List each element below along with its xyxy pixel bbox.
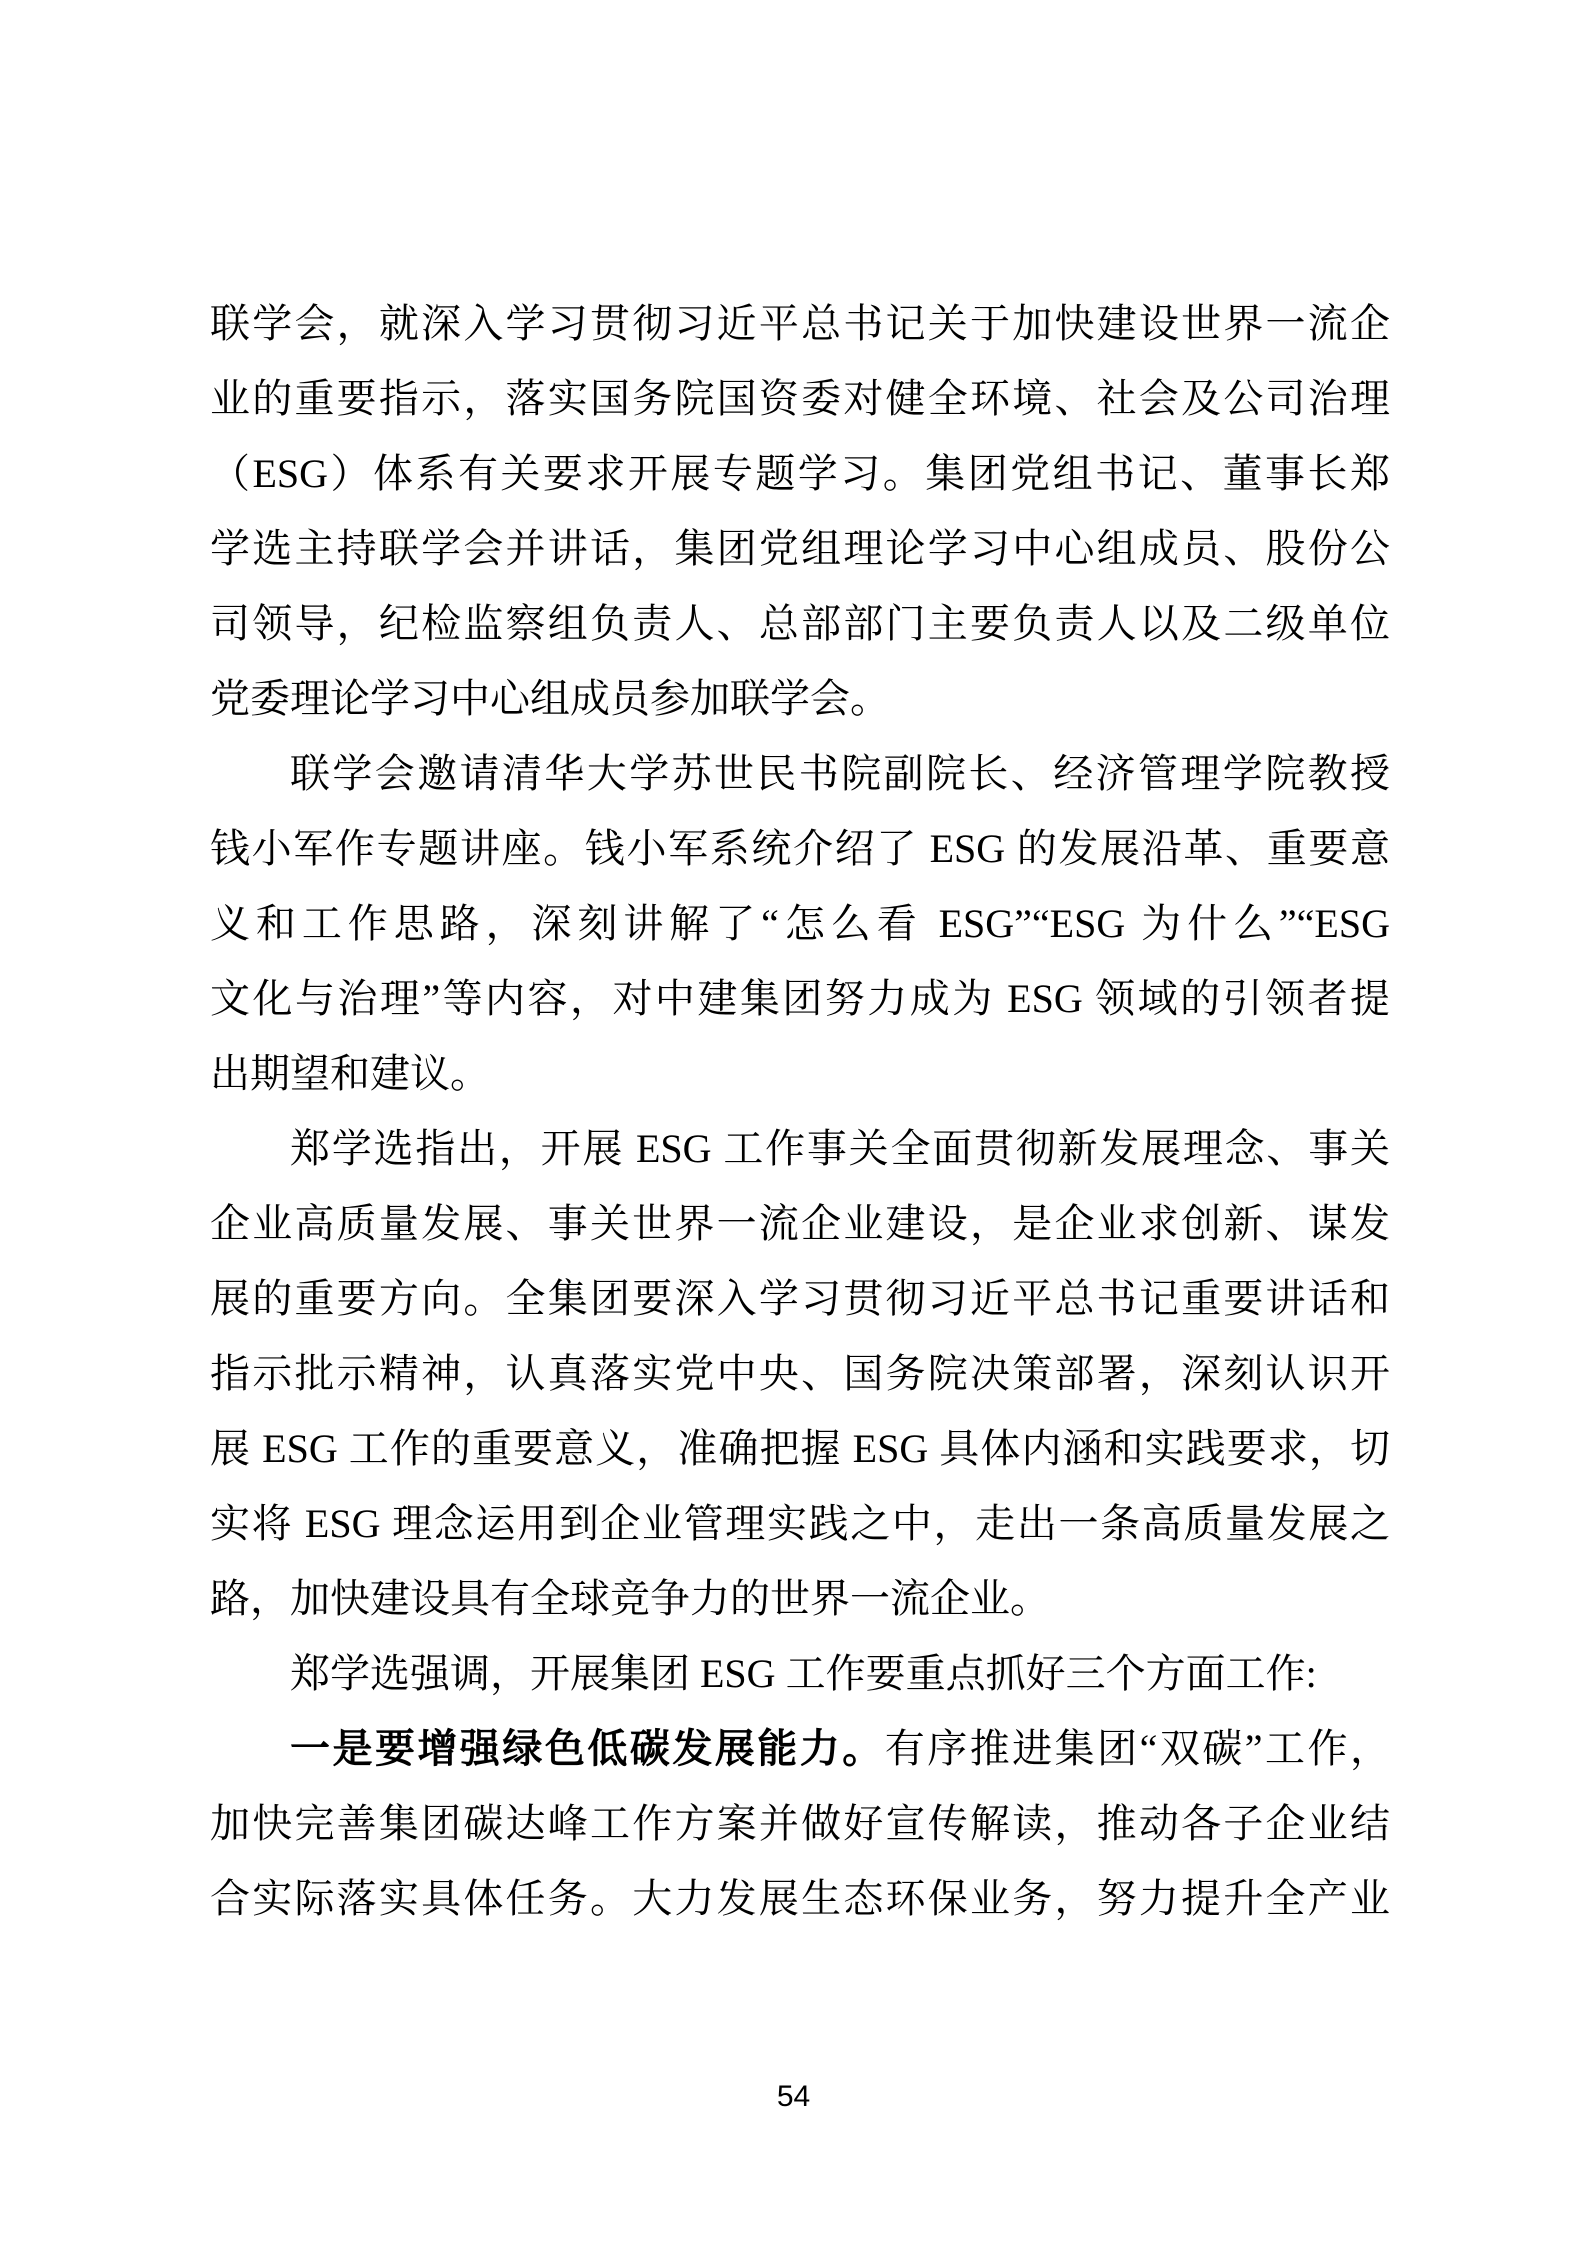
text-line: 郑学选指出，开展 ESG 工作事关全面贯彻新发展理念、事关	[210, 1111, 1390, 1186]
text-line: 实将 ESG 理念运用到企业管理实践之中，走出一条高质量发展之	[210, 1486, 1390, 1561]
text-run: 实将 ESG 理念运用到企业管理实践之中，走出一条高质量发展之	[210, 1501, 1390, 1546]
text-run: 钱小军作专题讲座。钱小军系统介绍了 ESG 的发展沿革、重要意	[210, 826, 1390, 871]
text-run: 业的重要指示，落实国务院国资委对健全环境、社会及公司治理	[210, 376, 1390, 421]
text-run: 文化与治理”等内容，对中建集团努力成为 ESG 领域的引领者提	[210, 976, 1390, 1021]
text-line: 钱小军作专题讲座。钱小军系统介绍了 ESG 的发展沿革、重要意	[210, 811, 1390, 886]
text-run: 郑学选强调，开展集团 ESG 工作要重点抓好三个方面工作:	[290, 1651, 1317, 1696]
text-line: 展 ESG 工作的重要意义，准确把握 ESG 具体内涵和实践要求，切	[210, 1411, 1390, 1486]
text-run: 联学会，就深入学习贯彻习近平总书记关于加快建设世界一流企	[210, 301, 1390, 346]
text-line: 党委理论学习中心组成员参加联学会。	[210, 661, 1390, 736]
text-run: 加快完善集团碳达峰工作方案并做好宣传解读，推动各子企业结	[210, 1801, 1390, 1846]
text-run: 企业高质量发展、事关世界一流企业建设，是企业求创新、谋发	[210, 1201, 1390, 1246]
bold-text-run: 一是要增强绿色低碳发展能力。	[290, 1726, 885, 1771]
text-line: 路，加快建设具有全球竞争力的世界一流企业。	[210, 1561, 1390, 1636]
text-run: 义和工作思路，深刻讲解了“怎么看 ESG”“ESG 为什么”“ESG	[210, 901, 1390, 946]
text-run: （ESG）体系有关要求开展专题学习。集团党组书记、董事长郑	[210, 451, 1390, 496]
text-run: 出期望和建议。	[210, 1051, 490, 1096]
text-line: 司领导，纪检监察组负责人、总部部门主要负责人以及二级单位	[210, 586, 1390, 661]
page-number: 54	[0, 2080, 1587, 2114]
text-line: 展的重要方向。全集团要深入学习贯彻习近平总书记重要讲话和	[210, 1261, 1390, 1336]
text-run: 指示批示精神，认真落实党中央、国务院决策部署，深刻认识开	[210, 1351, 1390, 1396]
text-run: 联学会邀请清华大学苏世民书院副院长、经济管理学院教授	[290, 751, 1390, 796]
text-line: 义和工作思路，深刻讲解了“怎么看 ESG”“ESG 为什么”“ESG	[210, 886, 1390, 961]
text-line: 联学会邀请清华大学苏世民书院副院长、经济管理学院教授	[210, 736, 1390, 811]
document-page: 联学会，就深入学习贯彻习近平总书记关于加快建设世界一流企 业的重要指示，落实国务…	[0, 0, 1587, 2245]
text-run: 有序推进集团“双碳”工作，	[885, 1726, 1390, 1771]
document-body: 联学会，就深入学习贯彻习近平总书记关于加快建设世界一流企 业的重要指示，落实国务…	[210, 286, 1390, 1936]
text-line: 一是要增强绿色低碳发展能力。有序推进集团“双碳”工作，	[210, 1711, 1390, 1786]
text-run: 郑学选指出，开展 ESG 工作事关全面贯彻新发展理念、事关	[290, 1126, 1390, 1171]
text-line: 加快完善集团碳达峰工作方案并做好宣传解读，推动各子企业结	[210, 1786, 1390, 1861]
text-run: 展的重要方向。全集团要深入学习贯彻习近平总书记重要讲话和	[210, 1276, 1390, 1321]
text-run: 党委理论学习中心组成员参加联学会。	[210, 676, 890, 721]
text-run: 展 ESG 工作的重要意义，准确把握 ESG 具体内涵和实践要求，切	[210, 1426, 1390, 1471]
text-run: 路，加快建设具有全球竞争力的世界一流企业。	[210, 1576, 1050, 1621]
text-run: 学选主持联学会并讲话，集团党组理论学习中心组成员、股份公	[210, 526, 1390, 571]
text-line: 郑学选强调，开展集团 ESG 工作要重点抓好三个方面工作:	[210, 1636, 1390, 1711]
text-line: 企业高质量发展、事关世界一流企业建设，是企业求创新、谋发	[210, 1186, 1390, 1261]
text-run: 司领导，纪检监察组负责人、总部部门主要负责人以及二级单位	[210, 601, 1390, 646]
text-line: 出期望和建议。	[210, 1036, 1390, 1111]
text-line: 文化与治理”等内容，对中建集团努力成为 ESG 领域的引领者提	[210, 961, 1390, 1036]
text-line: （ESG）体系有关要求开展专题学习。集团党组书记、董事长郑	[210, 436, 1390, 511]
text-line: 指示批示精神，认真落实党中央、国务院决策部署，深刻认识开	[210, 1336, 1390, 1411]
text-line: 合实际落实具体任务。大力发展生态环保业务，努力提升全产业	[210, 1861, 1390, 1936]
text-line: 业的重要指示，落实国务院国资委对健全环境、社会及公司治理	[210, 361, 1390, 436]
text-line: 联学会，就深入学习贯彻习近平总书记关于加快建设世界一流企	[210, 286, 1390, 361]
text-run: 合实际落实具体任务。大力发展生态环保业务，努力提升全产业	[210, 1876, 1390, 1921]
text-line: 学选主持联学会并讲话，集团党组理论学习中心组成员、股份公	[210, 511, 1390, 586]
